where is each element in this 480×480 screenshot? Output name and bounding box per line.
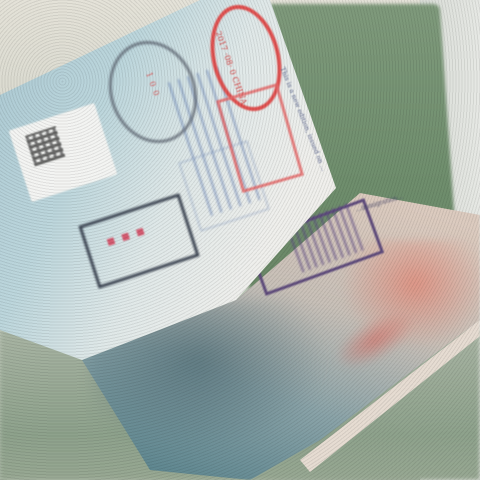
qr-code-icon <box>25 126 65 166</box>
photo-scene: ...immigration... 1 0 0 2017 ·08· 0 CHIN… <box>0 0 480 480</box>
